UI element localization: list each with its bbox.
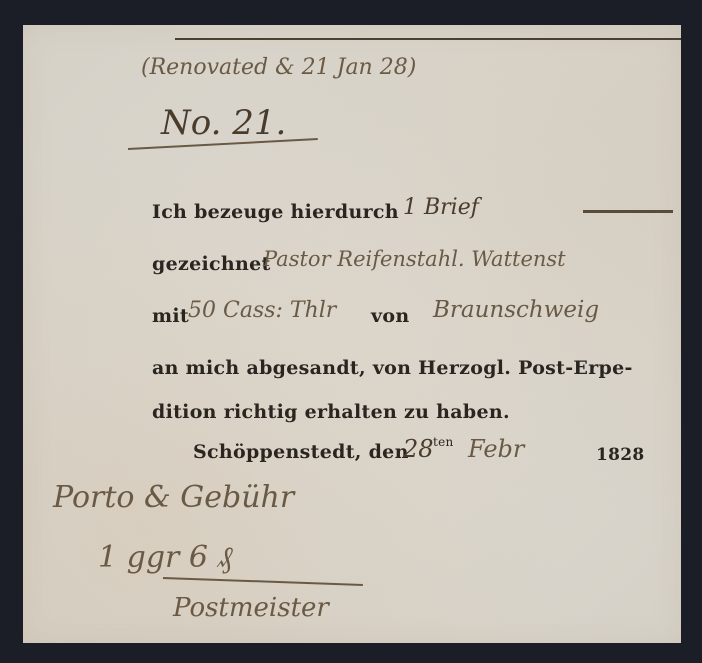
date-day: 28 [403,435,434,463]
footer-line-1: Porto & Gebühr [53,480,294,515]
printed-line-3: mit [152,305,189,327]
printed-line-5: dition richtig erhalten zu haben. [152,401,510,423]
handwritten-amount: 50 Cass: Thlr [188,298,336,323]
signature-flourish [163,577,363,586]
date-day-suffix: ten [433,435,454,449]
handwritten-item: 1 Brief [403,195,479,220]
footer-line-2: 1 ggr 6 ₰ [98,540,233,575]
top-rule-line [175,38,681,40]
receipt-number: No. 21. [161,103,286,143]
place-label: Schöppenstedt, den [193,441,409,463]
signature: Postmeister [173,593,329,623]
item-dash [583,210,673,213]
date-month: Febr [468,435,524,463]
date-year: 1828 [596,445,645,465]
handwritten-origin: Braunschweig [433,297,599,323]
handwritten-addressee: Pastor Reifenstahl. Wattenst [263,247,566,271]
printed-line-1: Ich bezeuge hierdurch [152,201,399,223]
header-annotation: (Renovated & 21 Jan 28) [141,55,416,80]
receipt-paper: (Renovated & 21 Jan 28) No. 21. Ich beze… [23,25,681,643]
printed-line-4: an mich abgesandt, von Herzogl. Post-Erp… [152,357,633,379]
printed-line-2: gezeichnet [152,253,271,275]
printed-von: von [371,305,409,327]
